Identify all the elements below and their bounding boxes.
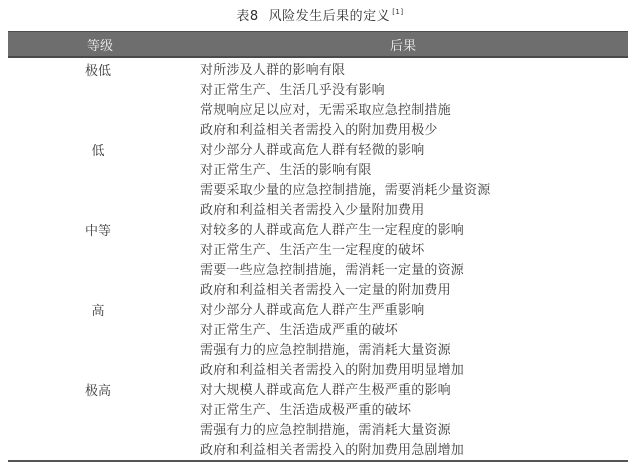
consequence-line: 需强有力的应急控制措施，需消耗大量资源 — [200, 341, 464, 361]
table-row-very-high: 极高 对大规模人群或高危人群产生极严重的影响 对正常生产、生活造成极严重的破坏 … — [8, 381, 628, 461]
consequence-line: 对正常生产、生活几乎没有影响 — [200, 81, 451, 101]
consequence-line: 对所涉及人群的影响有限 — [200, 61, 451, 81]
column-header-consequence: 后果 — [192, 35, 628, 54]
table-row-high: 高 对少部分人群或高危人群产生严重影响 对正常生产、生活造成严重的破坏 需强有力… — [8, 301, 628, 381]
consequence-line: 对正常生产、生活的影响有限 — [200, 161, 490, 181]
consequence-line: 需要采取少量的应急控制措施，需要消耗少量资源 — [200, 181, 490, 201]
risk-consequence-table: 等级 后果 极低 对所涉及人群的影响有限 对正常生产、生活几乎没有影响 常规响应… — [8, 31, 628, 461]
consequence-line: 对少部分人群或高危人群产生严重影响 — [200, 301, 464, 321]
table-row-low: 低 对少部分人群或高危人群有轻微的影响 对正常生产、生活的影响有限 需要采取少量… — [8, 141, 628, 221]
consequence-line: 需强有力的应急控制措施，需消耗大量资源 — [200, 421, 464, 441]
consequence-line: 政府和利益相关者需投入一定量的附加费用 — [200, 281, 464, 301]
consequence-line: 政府和利益相关者需投入的附加费用极少 — [200, 121, 451, 141]
level-cell: 高 — [8, 301, 188, 381]
consequence-line: 对较多的人群或高危人群产生一定程度的影响 — [200, 221, 464, 241]
consequence-line: 对正常生产、生活造成严重的破坏 — [200, 321, 464, 341]
consequence-line: 常规响应足以应对，无需采取应急控制措施 — [200, 101, 451, 121]
table-row-very-low: 极低 对所涉及人群的影响有限 对正常生产、生活几乎没有影响 常规响应足以应对，无… — [8, 61, 628, 141]
consequence-line: 对少部分人群或高危人群有轻微的影响 — [200, 141, 490, 161]
table-body: 极低 对所涉及人群的影响有限 对正常生产、生活几乎没有影响 常规响应足以应对，无… — [8, 58, 628, 461]
table-row-medium: 中等 对较多的人群或高危人群产生一定程度的影响 对正常生产、生活产生一定程度的破… — [8, 221, 628, 301]
table-header: 等级 后果 — [8, 31, 628, 58]
consequence-line: 需要一些应急控制措施，需消耗一定量的资源 — [200, 261, 464, 281]
level-cell: 中等 — [8, 221, 188, 301]
consequence-cell: 对少部分人群或高危人群有轻微的影响 对正常生产、生活的影响有限 需要采取少量的应… — [200, 141, 490, 221]
table-title: 风险发生后果的定义 — [269, 9, 391, 24]
consequence-cell: 对少部分人群或高危人群产生严重影响 对正常生产、生活造成严重的破坏 需强有力的应… — [200, 301, 464, 381]
table-number: 表8 — [236, 9, 258, 24]
consequence-line: 对正常生产、生活造成极严重的破坏 — [200, 401, 464, 421]
table-caption: 表8风险发生后果的定义[1] — [0, 5, 640, 24]
consequence-line: 政府和利益相关者需投入的附加费用急剧增加 — [200, 441, 464, 461]
consequence-line: 政府和利益相关者需投入少量附加费用 — [200, 201, 490, 221]
level-cell: 极低 — [8, 61, 188, 141]
column-header-level: 等级 — [8, 35, 192, 54]
consequence-cell: 对较多的人群或高危人群产生一定程度的影响 对正常生产、生活产生一定程度的破坏 需… — [200, 221, 464, 301]
consequence-cell: 对大规模人群或高危人群产生极严重的影响 对正常生产、生活造成极严重的破坏 需强有… — [200, 381, 464, 461]
table-bottom-rule — [8, 460, 628, 462]
consequence-line: 政府和利益相关者需投入的附加费用明显增加 — [200, 361, 464, 381]
consequence-line: 对大规模人群或高危人群产生极严重的影响 — [200, 381, 464, 401]
level-cell: 极高 — [8, 381, 188, 461]
level-cell: 低 — [8, 141, 188, 221]
consequence-cell: 对所涉及人群的影响有限 对正常生产、生活几乎没有影响 常规响应足以应对，无需采取… — [200, 61, 451, 141]
consequence-line: 对正常生产、生活产生一定程度的破坏 — [200, 241, 464, 261]
reference-marker: [1] — [392, 8, 403, 16]
